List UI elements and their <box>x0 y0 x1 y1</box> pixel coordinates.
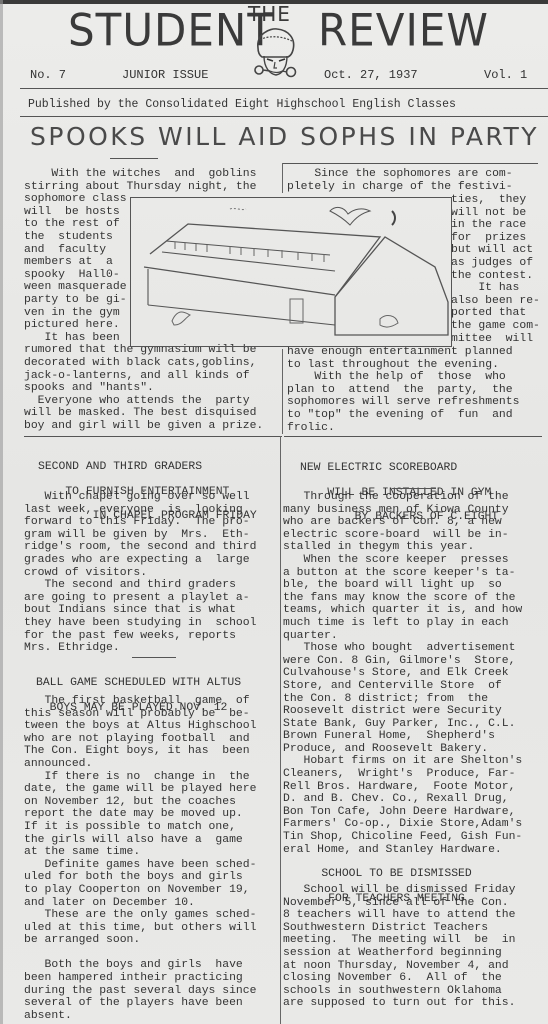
text-line: during the past several days since <box>24 985 256 998</box>
lead-headline: SPOOKS WILL AID SOPHS IN PARTY <box>30 122 539 151</box>
text-line: eral Home, and Stanley Hardware. <box>283 844 522 857</box>
text-line: are supposed to turn out for this. <box>283 997 515 1010</box>
text-line: grades who are expecting a large <box>24 554 256 567</box>
text-line: crowd of visitors. <box>24 567 256 580</box>
text-line: several of the players have been <box>24 997 256 1010</box>
text-line: teams, which quarter it is, and how <box>283 604 522 617</box>
text-line: announced. <box>24 758 256 771</box>
text-line: jack-o-lanterns, and all kinds of <box>24 370 263 383</box>
text-line: be arranged soon. <box>24 934 256 947</box>
story-body-scoreboard: Through the cooperation of themany busin… <box>283 491 522 856</box>
text-line: The first basketball game of <box>24 695 256 708</box>
text-line: who are backers of Con. 8, a new <box>283 516 522 529</box>
text-line: School will be dismissed Friday <box>283 884 515 897</box>
text-line: gram will be given by Mrs. Eth- <box>24 529 256 542</box>
text-line <box>24 947 256 960</box>
text-line: but will act <box>451 244 540 257</box>
text-line: the game com- <box>451 320 540 333</box>
text-line: electric score-board will be in- <box>283 529 522 542</box>
text-line: mittee will <box>451 333 540 346</box>
text-line: spooks and "hants". <box>24 382 263 395</box>
text-line: sophomores will serve refreshments <box>287 396 519 409</box>
text-line: stirring about Thursday night, the <box>24 181 263 194</box>
text-line: Farmers' Co-op., Dixie Store,Adam's <box>283 818 522 831</box>
text-line: pletely in charge of the festivi- <box>287 181 513 194</box>
text-line: have enough entertainment planned <box>287 346 519 359</box>
text-line: and later on December 10. <box>24 897 256 910</box>
lead-story-right-column-side: ties, theywill not bein the racefor priz… <box>451 194 540 345</box>
text-line: boy and girl will be given a prize. <box>24 420 263 433</box>
text-line: When the score keeper presses <box>283 554 522 567</box>
text-line: plan to attend the party, the <box>287 384 519 397</box>
text-line: tween the boys at Altus Highschool <box>24 720 256 733</box>
gymnasium-illustration <box>130 197 452 347</box>
story-body-chapel: With chapel going over so welllast week,… <box>24 491 256 655</box>
text-line: Rell Bros. Hardware, Foote Motor, <box>283 781 522 794</box>
text-line: this season will probably be be- <box>24 708 256 721</box>
text-line: Produce, and Roosevelt Bakery. <box>283 743 522 756</box>
text-line: schools in southwestern Oklahoma <box>283 985 515 998</box>
text-line: date, the game will be played here <box>24 783 256 796</box>
text-line: Cleaners, Wright's Produce, Far- <box>283 768 522 781</box>
newspaper-page: STUDENT THE REVIEW No. 7 JUNIOR ISSUE Oc… <box>0 0 548 1024</box>
text-line: Brown Funeral Home, Shepherd's <box>283 730 522 743</box>
issue-name: JUNIOR ISSUE <box>122 68 208 82</box>
text-line: bout Indians since that is what <box>24 604 256 617</box>
section-rule <box>284 436 542 437</box>
text-line: report the date may be moved up. <box>24 808 256 821</box>
text-line: frolic. <box>287 422 519 435</box>
text-line: With chapel going over so well <box>24 491 256 504</box>
text-line: It has <box>451 282 540 295</box>
short-rule <box>110 158 158 159</box>
publisher-line: Published by the Consolidated Eight High… <box>28 98 456 111</box>
masthead-title-the: THE <box>248 2 291 26</box>
text-line: will be masked. The best disquised <box>24 407 263 420</box>
lead-story-right-column-top: Since the sophomores are com-pletely in … <box>287 168 513 193</box>
text-line: at noon Thursday, November 4, and <box>283 960 515 973</box>
text-line: stalled in thegym this year. <box>283 541 522 554</box>
text-line: Roosevelt district were Security <box>283 705 522 718</box>
text-line: much time is left to play in each <box>283 617 522 630</box>
text-line: as judges of <box>451 257 540 270</box>
text-line: ported that <box>451 307 540 320</box>
text-line: Definite games have been sched- <box>24 859 256 872</box>
short-rule <box>132 657 176 658</box>
text-line: Mrs. Ethridge. <box>24 642 256 655</box>
text-line: in the race <box>451 219 540 232</box>
story-body-ball-game: The first basketball game ofthis season … <box>24 695 256 1022</box>
issue-info-line: No. 7 JUNIOR ISSUE Oct. 27, 1937 Vol. 1 <box>28 68 542 86</box>
text-line: With the help of those who <box>287 371 519 384</box>
text-line: the fans may know the score of the <box>283 592 522 605</box>
text-line: D. and B. Chev. Co., Rexall Drug, <box>283 793 522 806</box>
page-edge <box>0 0 3 1024</box>
text-line: session at Weatherford beginning <box>283 947 515 960</box>
masthead-title-right: REVIEW <box>318 5 489 56</box>
divider-rule <box>20 88 548 89</box>
text-line: quarter. <box>283 630 522 643</box>
text-line: The second and third graders <box>24 579 256 592</box>
text-line: Since the sophomores are com- <box>287 168 513 181</box>
story-body-teachers-meeting: School will be dismissed FridayNovember … <box>283 884 515 1010</box>
text-line: for the past few weeks, reports <box>24 630 256 643</box>
text-line: Store, and Centerville Store of <box>283 680 522 693</box>
column-divider <box>282 163 283 193</box>
text-line: If it is possible to match one, <box>24 821 256 834</box>
text-line: for prizes <box>451 232 540 245</box>
text-line: on November 12, but the coaches <box>24 796 256 809</box>
divider-rule <box>20 116 548 117</box>
text-line: they have been studying in school <box>24 617 256 630</box>
text-line: at the same time. <box>24 846 256 859</box>
headline-line: SECOND AND THIRD GRADERS <box>38 461 257 474</box>
section-rule <box>24 436 282 437</box>
text-line: the Con. 8 district; from the <box>283 693 522 706</box>
text-line: Culvahouse's Store, and Elk Creek <box>283 667 522 680</box>
text-line: uled for both the boys and girls <box>24 871 256 884</box>
column-divider <box>280 436 281 1024</box>
text-line: If there is no change in the <box>24 771 256 784</box>
text-line: closing November 6. All of the <box>283 972 515 985</box>
text-line: Tin Shop, Chicoline Feed, Gish Fun- <box>283 831 522 844</box>
text-line: the girls will also have a game <box>24 834 256 847</box>
text-line: November 5, since all of the Con. <box>283 897 515 910</box>
text-line: forward to this Friday. The pro- <box>24 516 256 529</box>
text-line: Hobart firms on it are Shelton's <box>283 755 522 768</box>
text-line: many business men of Kiowa County <box>283 504 522 517</box>
text-line: absent. <box>24 1010 256 1023</box>
text-line: With the witches and goblins <box>24 168 263 181</box>
text-line: meeting. The meeting will be in <box>283 934 515 947</box>
headline-line: SCHOOL TO BE DISMISSED <box>294 868 472 881</box>
text-line: were Con. 8 Gin, Gilmore's Store, <box>283 655 522 668</box>
text-line: State Bank, Guy Parker, Inc., C.L. <box>283 718 522 731</box>
text-line: The Con. Eight boys, it has been <box>24 745 256 758</box>
text-line: Everyone who attends the party <box>24 395 263 408</box>
text-line: will not be <box>451 207 540 220</box>
issue-date: Oct. 27, 1937 <box>324 68 418 82</box>
issue-number: No. 7 <box>30 68 66 82</box>
text-line: uled at this time, but others will <box>24 922 256 935</box>
text-line: the contest. <box>451 270 540 283</box>
text-line: Both the boys and girls have <box>24 959 256 972</box>
masthead-title-left: STUDENT <box>68 5 274 56</box>
headline-line: NEW ELECTRIC SCOREBOARD <box>300 462 498 475</box>
issue-volume: Vol. 1 <box>484 68 527 82</box>
text-line: Those who bought advertisement <box>283 642 522 655</box>
column-top-rule <box>283 163 538 164</box>
text-line: ties, they <box>451 194 540 207</box>
text-line: decorated with black cats,goblins, <box>24 357 263 370</box>
text-line: These are the only games sched- <box>24 909 256 922</box>
text-line: to "top" the evening of fun and <box>287 409 519 422</box>
text-line: to last throughout the evening. <box>287 359 519 372</box>
text-line: to play Cooperton on November 19, <box>24 884 256 897</box>
text-line: 8 teachers will have to attend the <box>283 909 515 922</box>
text-line: ble, the board will light up so <box>283 579 522 592</box>
text-line: who are not playing football and <box>24 733 256 746</box>
text-line: Southwestern District Teachers <box>283 922 515 935</box>
column-divider <box>282 349 283 434</box>
text-line: Through the cooperation of the <box>283 491 522 504</box>
text-line: a button at the score keeper's ta- <box>283 567 522 580</box>
text-line: last week, everyone is looking <box>24 504 256 517</box>
lead-story-right-column-bottom: have enough entertainment plannedto last… <box>287 346 519 434</box>
text-line: also been re- <box>451 295 540 308</box>
text-line: Bon Ton Cafe, John Deere Hardware, <box>283 806 522 819</box>
text-line: ridge's room, the second and third <box>24 541 256 554</box>
short-rule <box>392 488 436 489</box>
text-line: are going to present a playlet a- <box>24 592 256 605</box>
text-line: been hampered intheir practicing <box>24 972 256 985</box>
headline-line: BALL GAME SCHEDULED WITH ALTUS <box>36 677 241 690</box>
